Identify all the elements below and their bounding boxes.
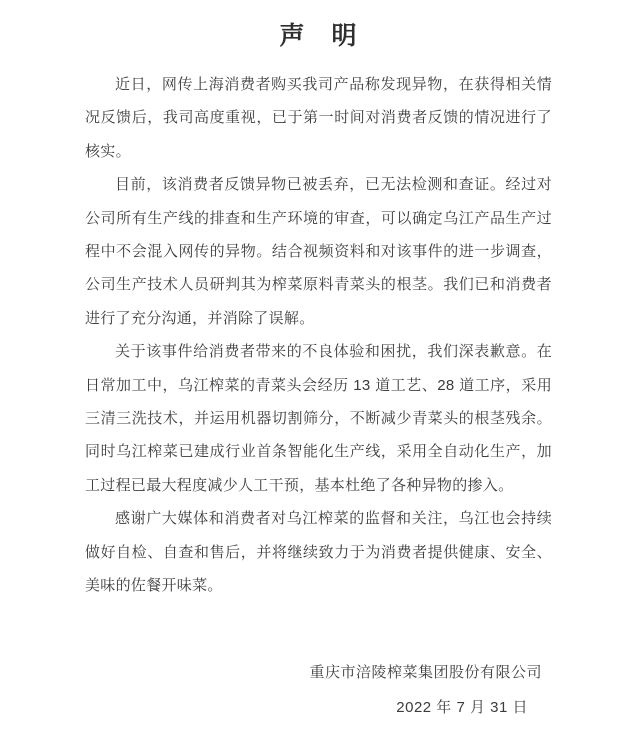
signature-block: 重庆市涪陵榨菜集团股份有限公司 2022 年 7 月 31 日	[85, 663, 552, 718]
paragraph-2: 目前，该消费者反馈异物已被丢弃，已无法检测和查证。经过对公司所有生产线的排查和生…	[85, 168, 552, 335]
statement-date: 2022 年 7 月 31 日	[85, 698, 552, 718]
statement-document: 声 明 近日，网传上海消费者购买我司产品称发现异物，在获得相关情况反馈后，我司高…	[0, 0, 637, 749]
company-signature: 重庆市涪陵榨菜集团股份有限公司	[85, 663, 552, 683]
document-content: 声 明 近日，网传上海消费者购买我司产品称发现异物，在获得相关情况反馈后，我司高…	[85, 20, 552, 603]
paragraph-1: 近日，网传上海消费者购买我司产品称发现异物，在获得相关情况反馈后，我司高度重视，…	[85, 68, 552, 168]
document-title: 声 明	[85, 20, 552, 52]
paragraph-4: 感谢广大媒体和消费者对乌江榨菜的监督和关注，乌江也会持续做好自检、自查和售后，并…	[85, 502, 552, 602]
document-body: 近日，网传上海消费者购买我司产品称发现异物，在获得相关情况反馈后，我司高度重视，…	[85, 68, 552, 603]
paragraph-3: 关于该事件给消费者带来的不良体验和困扰，我们深表歉意。在日常加工中，乌江榨菜的青…	[85, 335, 552, 502]
